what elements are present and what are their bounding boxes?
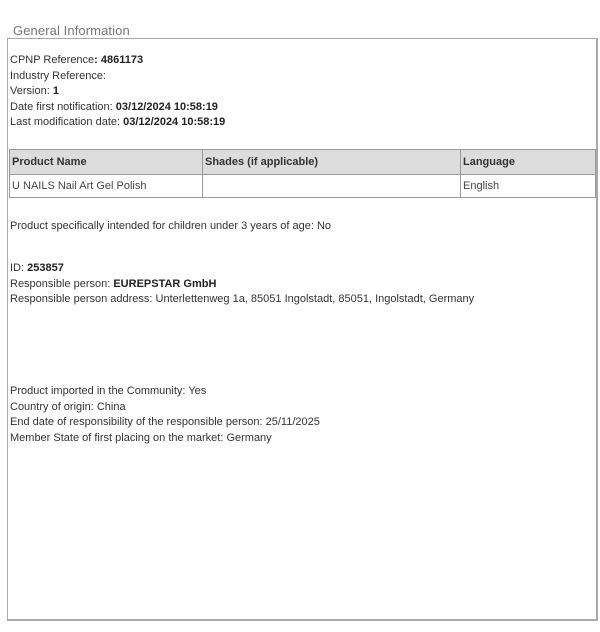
cell-shades <box>203 175 461 198</box>
date-first-notification-value: 03/12/2024 10:58:19 <box>116 101 218 113</box>
responsible-person-id-label: ID: <box>10 262 27 274</box>
country-of-origin-label: Country of origin: <box>10 401 97 413</box>
children-under-3-value: No <box>317 220 331 232</box>
responsible-person-name-value: EUREPSTAR GmbH <box>113 278 216 290</box>
responsible-person-id-value: 253857 <box>27 262 64 274</box>
cell-language: English <box>461 175 596 198</box>
children-under-3-label: Product specifically intended for childr… <box>10 220 317 232</box>
products-table: Product Name Shades (if applicable) Lang… <box>9 149 596 198</box>
cpnp-reference-value: 4861173 <box>101 54 143 66</box>
industry-reference-line: Industry Reference: <box>10 69 106 85</box>
responsible-person-address-value: Unterlettenweg 1a, 85051 Ingolstadt, 850… <box>156 293 475 305</box>
country-of-origin-value: China <box>97 401 126 413</box>
member-state-label: Member State of first placing on the mar… <box>10 432 226 444</box>
imported-label: Product imported in the Community: <box>10 385 188 397</box>
column-header-language: Language <box>461 150 596 175</box>
version-line: Version: 1 <box>10 84 59 100</box>
cpnp-reference-label: CPNP Reference <box>10 54 94 66</box>
version-value: 1 <box>53 85 59 97</box>
imported-value: Yes <box>188 385 206 397</box>
date-first-notification-line: Date first notification: 03/12/2024 10:5… <box>10 100 218 116</box>
industry-reference-label: Industry Reference: <box>10 70 106 82</box>
general-information-panel: CPNP Reference: 4861173 Industry Referen… <box>7 38 598 621</box>
country-of-origin-line: Country of origin: China <box>10 400 126 416</box>
end-date-responsibility-label: End date of responsibility of the respon… <box>10 416 266 428</box>
cpnp-reference-line: CPNP Reference: 4861173 <box>10 53 143 69</box>
cell-product-name: U NAILS Nail Art Gel Polish <box>10 175 203 198</box>
date-first-notification-label: Date first notification: <box>10 101 116 113</box>
version-label: Version: <box>10 85 53 97</box>
responsible-person-name-line: Responsible person: EUREPSTAR GmbH <box>10 277 216 293</box>
responsible-person-name-label: Responsible person: <box>10 278 113 290</box>
end-date-responsibility-value: 25/11/2025 <box>266 416 320 428</box>
responsible-person-id-line: ID: 253857 <box>10 261 64 277</box>
responsible-person-address-label: Responsible person address: <box>10 293 156 305</box>
last-modification-date-value: 03/12/2024 10:58:19 <box>123 116 225 128</box>
last-modification-date-label: Last modification date: <box>10 116 123 128</box>
column-header-shades: Shades (if applicable) <box>203 150 461 175</box>
table-row: U NAILS Nail Art Gel Polish English <box>10 175 596 198</box>
column-header-product-name: Product Name <box>10 150 203 175</box>
responsible-person-address-line: Responsible person address: Unterlettenw… <box>10 292 474 308</box>
table-header-row: Product Name Shades (if applicable) Lang… <box>10 150 596 175</box>
section-title: General Information <box>13 23 130 38</box>
children-under-3-line: Product specifically intended for childr… <box>10 219 331 235</box>
end-date-responsibility-line: End date of responsibility of the respon… <box>10 415 320 431</box>
member-state-value: Germany <box>226 432 271 444</box>
imported-line: Product imported in the Community: Yes <box>10 384 206 400</box>
last-modification-date-line: Last modification date: 03/12/2024 10:58… <box>10 115 225 131</box>
member-state-line: Member State of first placing on the mar… <box>10 431 272 447</box>
